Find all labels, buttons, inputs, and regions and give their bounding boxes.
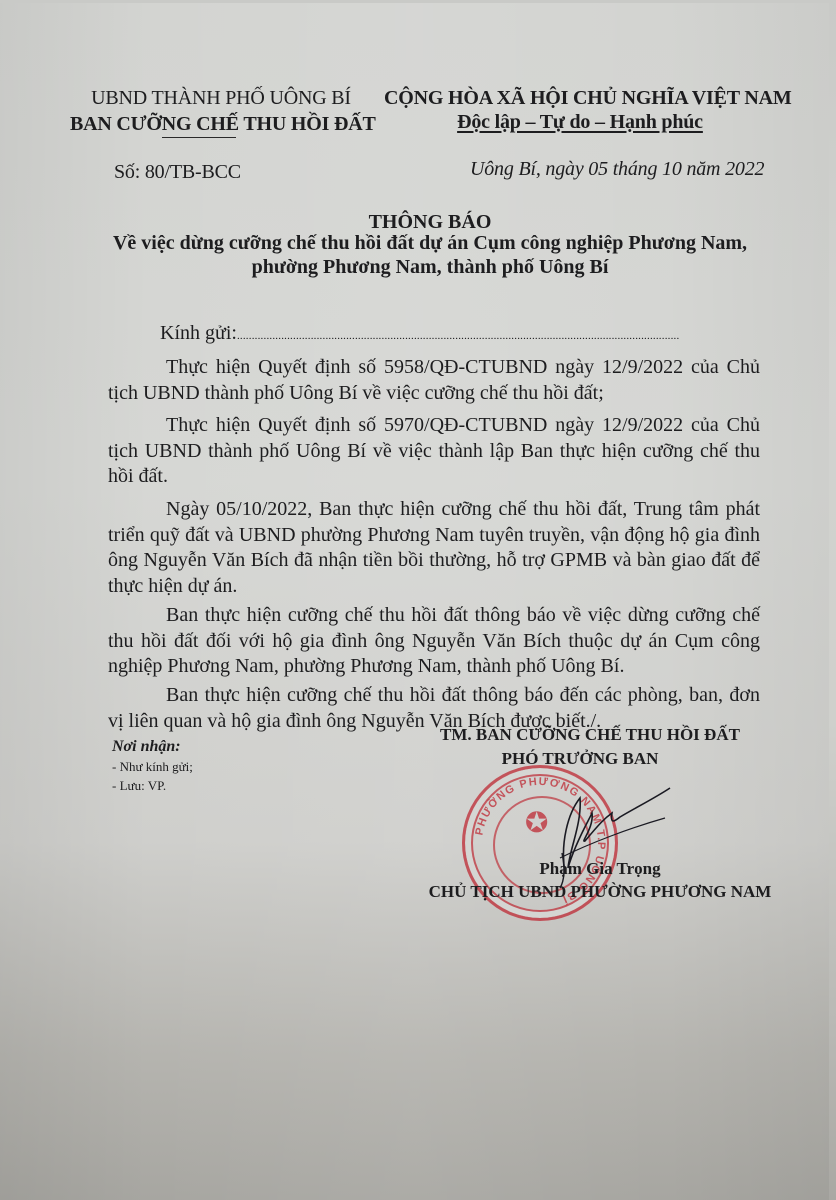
signer-title: CHỦ TỊCH UBND PHƯỜNG PHƯƠNG NAM [390, 882, 810, 902]
signer-name: Phạm Gia Trọng [480, 859, 720, 879]
signature-position: PHÓ TRƯỞNG BAN [420, 749, 740, 769]
paragraph-2: Thực hiện Quyết định số 5970/QĐ-CTUBND n… [108, 413, 760, 490]
document-title: THÔNG BÁO [90, 211, 770, 234]
issuing-authority: UBND THÀNH PHỐ UÔNG BÍ [76, 87, 366, 110]
document-number: Số: 80/TB-BCC [114, 161, 241, 184]
recipients-label: Nơi nhận: [112, 738, 181, 756]
paragraph-1: Thực hiện Quyết định số 5958/QĐ-CTUBND n… [108, 355, 760, 406]
signature-org: TM. BAN CƯỠNG CHẾ THU HỒI ĐẤT [380, 725, 800, 745]
document-subtitle-line2: phường Phương Nam, thành phố Uông Bí [90, 256, 770, 279]
recipient-label: Kính gửi: [160, 322, 237, 344]
document-page: UBND THÀNH PHỐ UÔNG BÍ BAN CƯỠNG CHẾ THU… [0, 3, 829, 1200]
national-motto: Độc lập – Tự do – Hạnh phúc [384, 111, 776, 134]
paragraph-3: Ngày 05/10/2022, Ban thực hiện cưỡng chế… [108, 497, 760, 599]
recipient-line: Kính gửi:...............................… [160, 322, 679, 345]
recipients-item-2: - Lưu: VP. [112, 778, 166, 794]
national-title: CỘNG HÒA XÃ HỘI CHỦ NGHĨA VIỆT NAM [384, 87, 776, 110]
header-left-underline [162, 137, 236, 138]
issuing-board: BAN CƯỠNG CHẾ THU HỒI ĐẤT [70, 113, 370, 136]
recipient-dots: ........................................… [237, 330, 680, 342]
paragraph-4: Ban thực hiện cưỡng chế thu hồi đất thôn… [108, 603, 760, 680]
document-subtitle-line1: Về việc dừng cưỡng chế thu hồi đất dự án… [60, 232, 800, 255]
place-and-date: Uông Bí, ngày 05 tháng 10 năm 2022 [470, 158, 764, 181]
recipients-item-1: - Như kính gửi; [112, 759, 193, 775]
